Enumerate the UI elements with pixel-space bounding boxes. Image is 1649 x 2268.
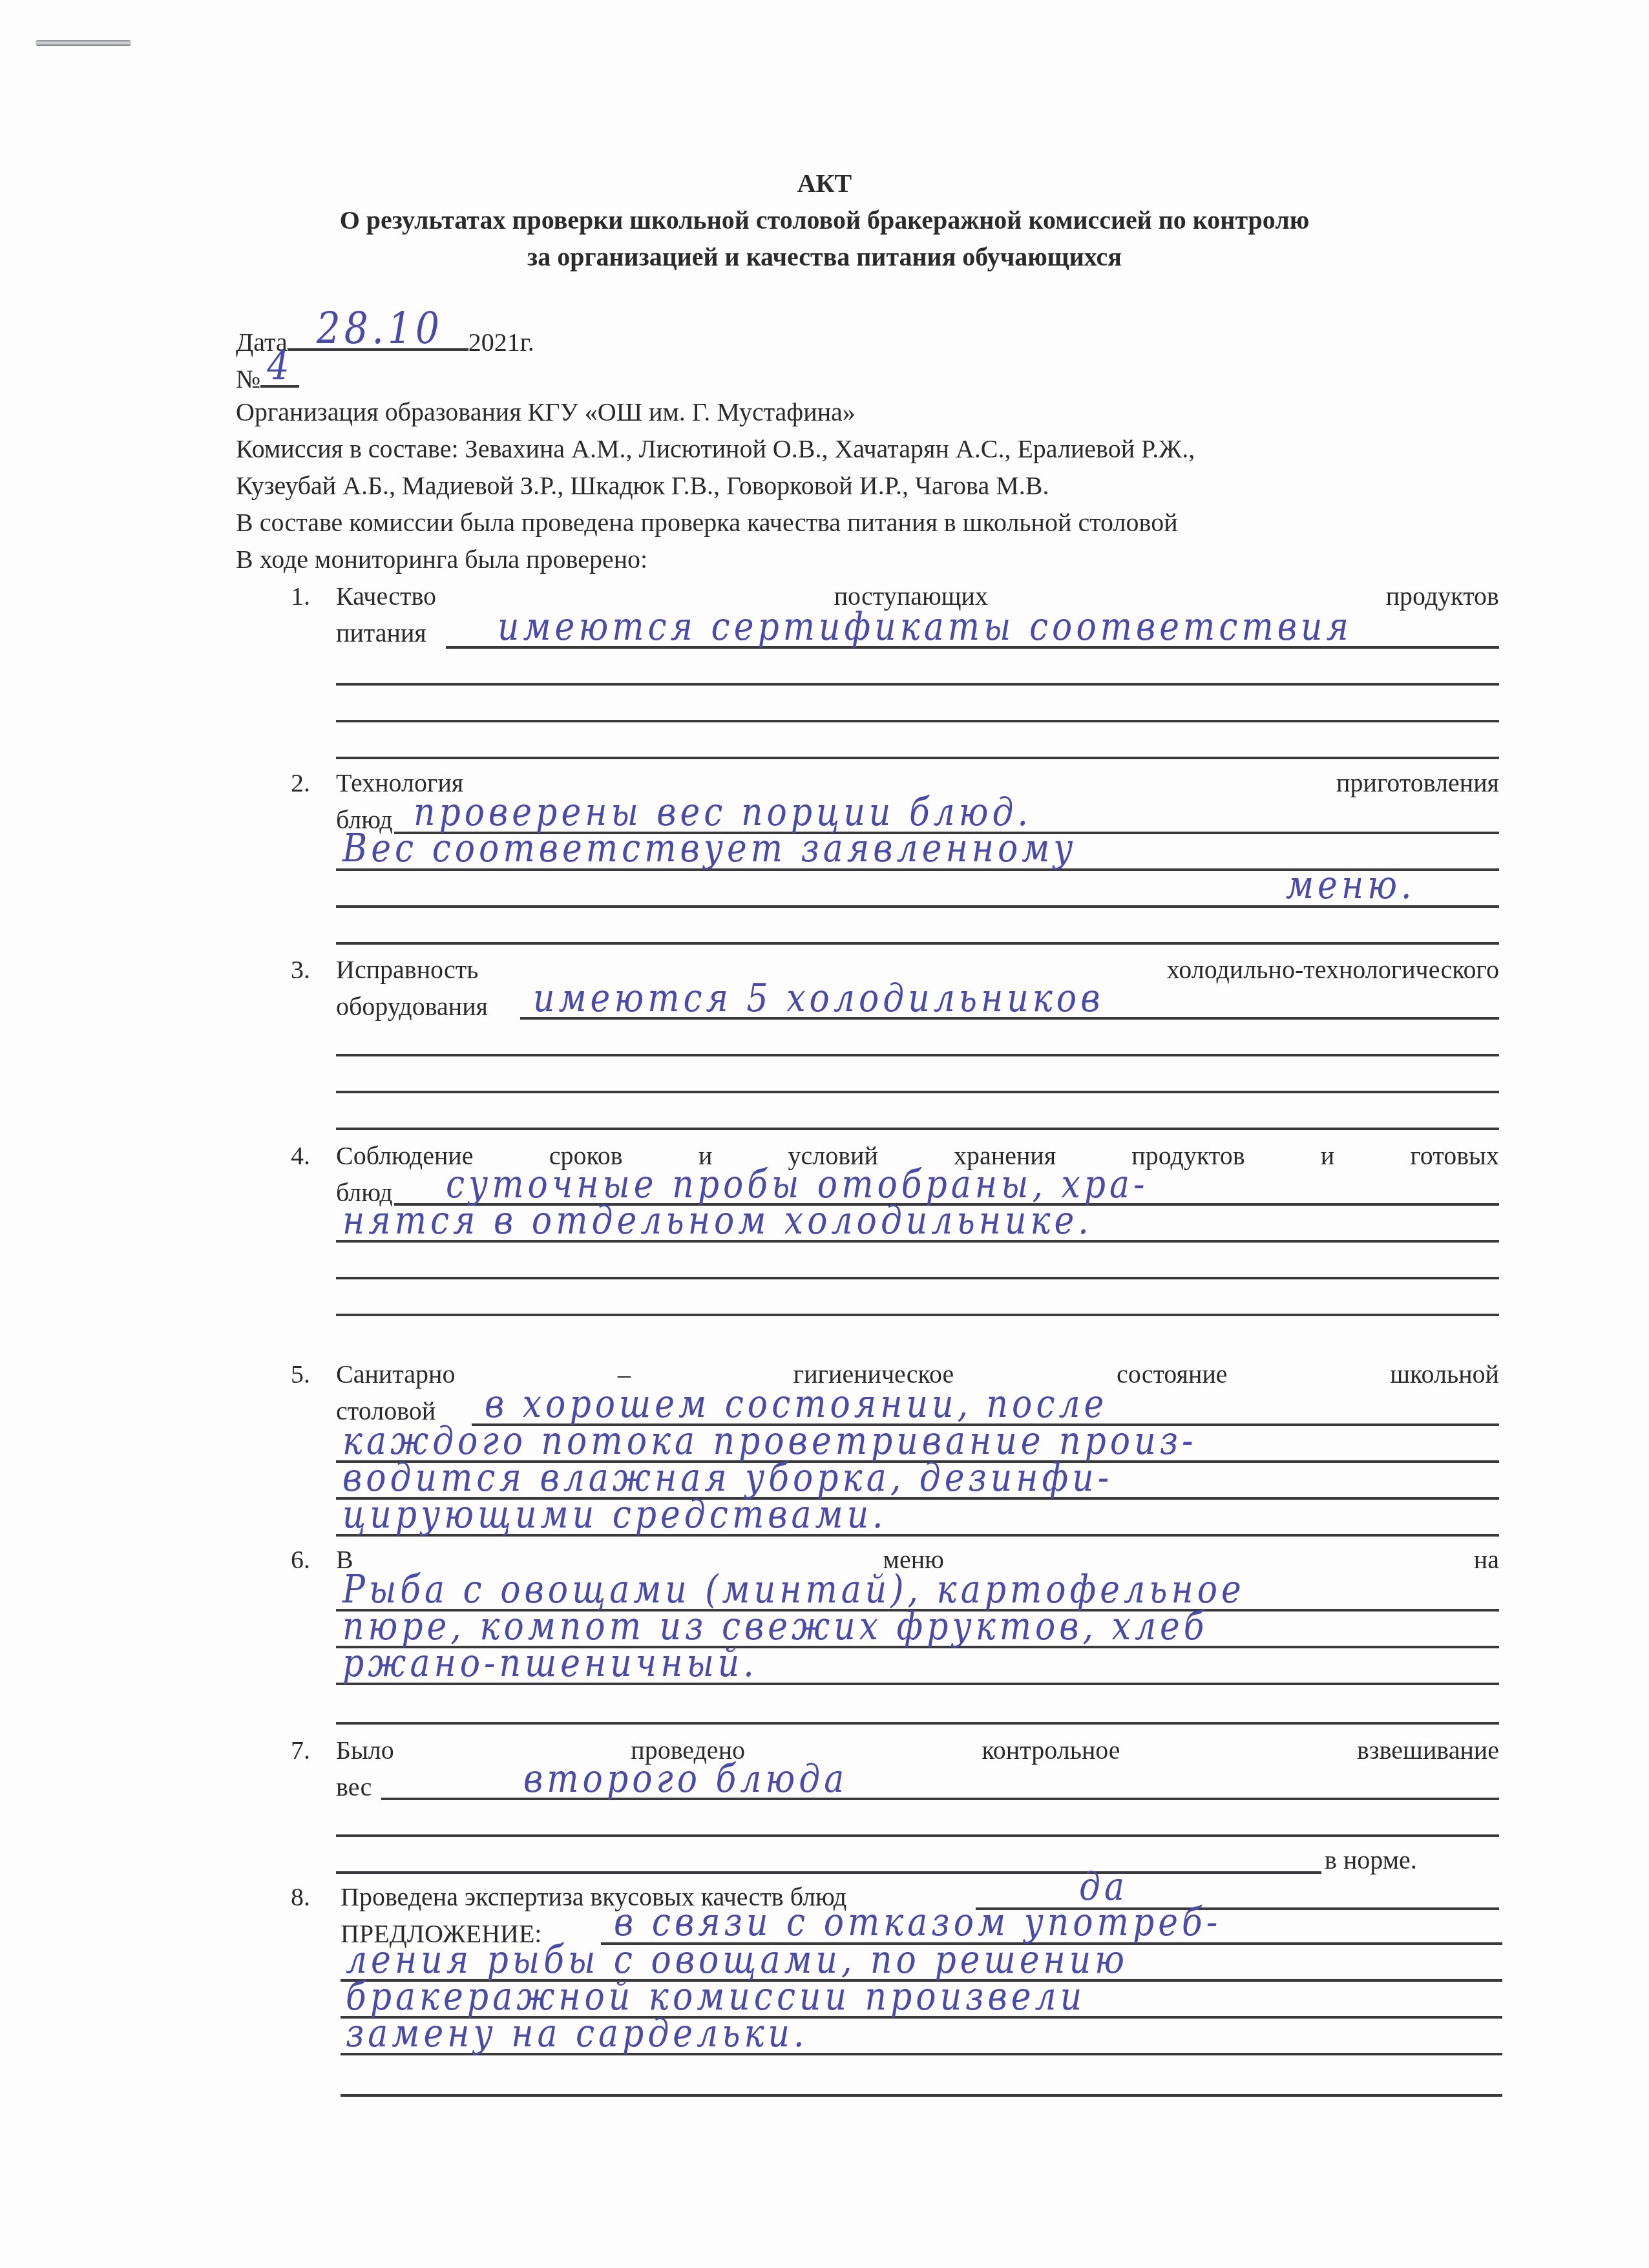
number-row: №4 [236,357,299,397]
heading-word: школьной [1390,1356,1499,1392]
item-3-field-line-4[interactable] [336,1128,1499,1130]
document-subtitle-line1: О результатах проверки школьной столовой… [0,202,1649,238]
item-7-field-line-2[interactable] [336,1834,1499,1837]
item-7-answer-1: второго блюда [523,1757,848,1801]
item-7-heading: Было проведено контрольное взвешивание [336,1732,1499,1769]
staple-mark [36,40,131,46]
heading-word: холодильно-технологического [1167,951,1499,988]
item-5-answer-4: цирующими средствами. [342,1493,887,1537]
date-field[interactable]: 28.10 [288,320,468,351]
heading-word: Исправность [336,951,479,988]
heading-word: и [1321,1137,1334,1174]
intro-line2: В ходе мониторинга была проверено: [236,541,647,578]
item-6-number: 6. [291,1541,310,1578]
item-4-field-line-4[interactable] [336,1314,1499,1316]
item-8-number: 8. [291,1878,310,1915]
item-3-number: 3. [291,951,310,988]
item-1-field-line-4[interactable] [336,757,1499,759]
heading-word: приготовления [1336,764,1499,801]
item-6-field-line-4[interactable] [336,1722,1499,1725]
commission-line2: Кузеубай А.Б., Мадиевой З.Р., Шкадюк Г.В… [236,467,1049,504]
proposal-text-4: замену на сардельки. [346,2011,808,2056]
item-2-answer-2: Вес соответствует заявленному [342,826,1077,871]
item-4-answer-2: нятся в отдельном холодильнике. [342,1199,1093,1243]
heading-word: Было [336,1732,394,1769]
date-value: 28.10 [317,307,443,350]
item-1-field-line-2[interactable] [336,683,1499,686]
number-field[interactable]: 4 [260,357,299,388]
item-7-number: 7. [291,1732,310,1769]
heading-word: взвешивание [1357,1732,1499,1769]
item-1-number: 1. [291,578,310,614]
item-6-answer-3: ржано-пшеничный. [342,1641,758,1686]
item-5-number: 5. [291,1356,310,1392]
item-7-trailing-text: в норме. [1325,1842,1417,1878]
item-2-field-line-4[interactable] [336,942,1499,945]
item-4-field-line-3[interactable] [336,1277,1499,1279]
document-subtitle-line2: за организацией и качества питания обуча… [0,238,1649,275]
commission-line1: Комиссия в составе: Зевахина А.М., Лисют… [236,430,1195,467]
heading-word: контрольное [982,1732,1120,1769]
item-3-answer-1: имеются 5 холодильников [533,976,1104,1021]
document-title: АКТ [0,165,1649,202]
item-7-field-line-3[interactable] [336,1871,1321,1874]
item-3-label: оборудования [336,988,488,1025]
item-2-answer-3: меню. [1286,863,1415,908]
heading-word: готовых [1410,1137,1499,1174]
item-4-number: 4. [291,1137,310,1174]
number-value: 4 [267,344,293,386]
item-2-number: 2. [291,764,310,801]
proposal-field-line-5[interactable] [341,2094,1502,2097]
organization-text: Организация образования КГУ «ОШ им. Г. М… [236,394,856,430]
date-suffix: 2021г. [468,328,534,357]
item-1-answer-1: имеются сертификаты соответствия [498,605,1352,649]
heading-word: Санитарно [336,1356,455,1392]
heading-word: на [1474,1541,1499,1578]
item-1-field-line-3[interactable] [336,720,1499,722]
number-label: № [236,364,260,394]
item-7-label: вес [336,1769,372,1805]
heading-word: продуктов [1386,578,1499,614]
heading-word: состояние [1117,1356,1228,1392]
heading-word: Качество [336,578,436,614]
intro-line1: В составе комиссии была проведена провер… [236,504,1178,541]
item-3-field-line-2[interactable] [336,1054,1499,1056]
item-1-label: питания [336,614,426,651]
item-3-field-line-3[interactable] [336,1091,1499,1093]
